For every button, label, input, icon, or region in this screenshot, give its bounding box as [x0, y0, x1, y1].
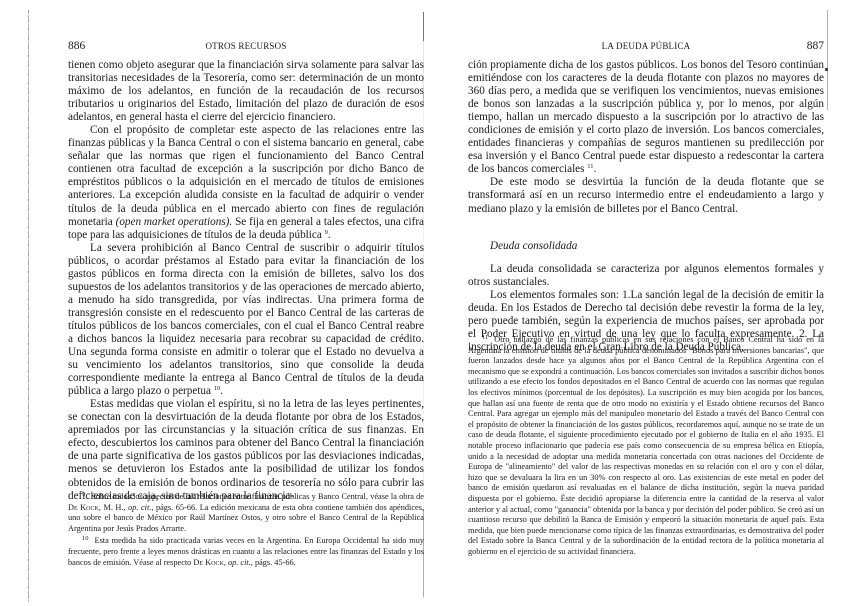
- running-head-title: OTROS RECURSOS: [68, 41, 424, 51]
- book-spread: 886 OTROS RECURSOS tienen como objeto as…: [0, 0, 848, 606]
- paragraph-text: Con el propósito de completar este aspec…: [68, 124, 424, 227]
- paragraph: ción propiamente dicha de los gastos púb…: [468, 59, 824, 176]
- citation-italic: op. cit.: [128, 503, 151, 512]
- paragraph: Con el propósito de completar este aspec…: [68, 124, 424, 241]
- paragraph: Estas medidas que violan el espíritu, si…: [68, 398, 424, 502]
- footnote: 11Otro hallazgo de las finanzas públicas…: [468, 333, 824, 557]
- scan-artifact: [825, 68, 828, 71]
- paragraph: La severa prohibición al Banco Central d…: [68, 242, 424, 399]
- paragraph-text: La severa prohibición al Banco Central d…: [68, 242, 424, 398]
- section-heading: Deuda consolidada: [468, 240, 824, 253]
- footnote: 9Sobre todos los aspectos de las relacio…: [68, 490, 424, 534]
- footnote-ref[interactable]: 11: [587, 163, 593, 170]
- citation-italic: op. cit.: [228, 558, 251, 567]
- footnote-number: 9: [68, 491, 91, 498]
- running-head-title: LA DEUDA PÚBLICA: [468, 41, 824, 51]
- footnote-ref[interactable]: 10: [214, 385, 221, 392]
- running-head: LA DEUDA PÚBLICA 887: [468, 40, 824, 54]
- paragraph: La deuda consolidada se caracteriza por …: [468, 263, 824, 289]
- footnote-number: 11: [468, 334, 494, 341]
- italic-term: (open market operations).: [116, 216, 233, 228]
- running-head: 886 OTROS RECURSOS: [68, 40, 424, 54]
- body-text: ción propiamente dicha de los gastos púb…: [468, 59, 824, 354]
- author-name: De Kock: [193, 558, 223, 567]
- footnote: 10Esta medida ha sido practicada varias …: [68, 534, 424, 568]
- footnote-text: , págs. 45-66.: [251, 558, 296, 567]
- paragraph: De este modo se desvirtúa la función de …: [468, 176, 824, 215]
- author-name: De Kock: [68, 503, 99, 512]
- footnote-text: , M. H.,: [99, 503, 128, 512]
- footnote-ref[interactable]: 9: [325, 229, 328, 236]
- page-edge-left: [28, 10, 29, 602]
- paragraph: tienen como objeto asegurar que la finan…: [68, 59, 424, 124]
- footnote-number: 10: [68, 535, 95, 542]
- footnote-text: Sobre todos los aspectos de las relacion…: [91, 492, 424, 501]
- footnotes: 9Sobre todos los aspectos de las relacio…: [68, 490, 424, 568]
- page-number: 887: [807, 40, 824, 52]
- page-edge-right: [827, 10, 828, 110]
- footnotes: 11Otro hallazgo de las finanzas públicas…: [468, 333, 824, 557]
- paragraph-text: ción propiamente dicha de los gastos púb…: [468, 59, 824, 175]
- body-text: tienen como objeto asegurar que la finan…: [68, 59, 424, 503]
- footnote-text: Otro hallazgo de las finanzas públicas e…: [468, 335, 824, 556]
